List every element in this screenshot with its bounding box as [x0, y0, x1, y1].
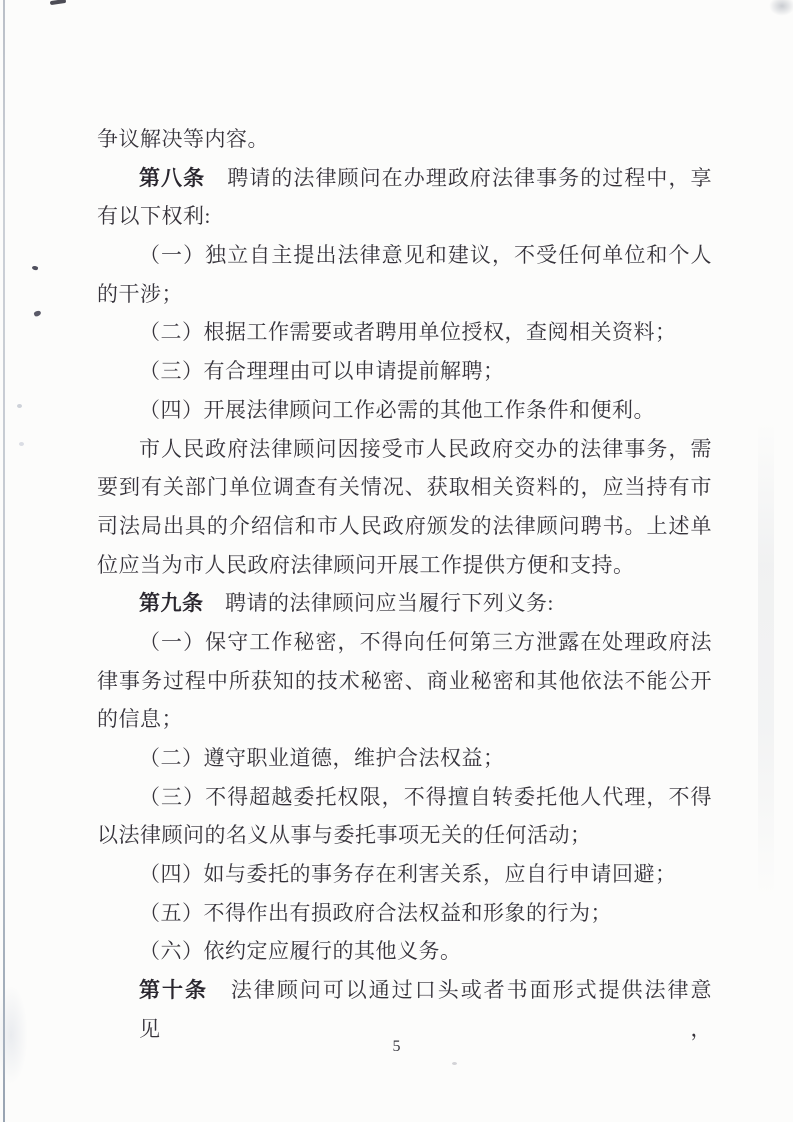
scan-edge-line: [3, 0, 5, 1122]
text-line: 争议解决等内容。: [97, 120, 712, 159]
scan-smudge-bottom-left: [0, 985, 28, 1085]
scan-speck: [19, 442, 24, 446]
text-segment: 律事务过程中所获知的技术秘密、商业秘密和其他依法不能公开: [97, 669, 712, 693]
document-body: 争议解决等内容。第八条 聘请的法律顾问在办理政府法律事务的过程中，享有以下权利:…: [97, 120, 712, 1010]
text-line: （五）不得作出有损政府合法权益和形象的行为；: [97, 894, 712, 933]
text-segment: （五）不得作出有损政府合法权益和形象的行为；: [139, 901, 612, 925]
text-line: 司法局出具的介绍信和市人民政府颁发的法律顾问聘书。上述单: [97, 507, 712, 546]
scan-speck: [17, 404, 22, 408]
text-line: （二）遵守职业道德，维护合法权益；: [97, 739, 712, 778]
text-segment: 的干涉；: [97, 282, 183, 306]
scan-speck: [452, 1062, 457, 1065]
text-segment: 争议解决等内容。: [97, 127, 269, 151]
text-segment: 有以下权利:: [97, 204, 211, 228]
text-segment: （一）独立自主提出法律意见和建议，不受任何单位和个人: [139, 243, 712, 267]
scanned-document-page: 争议解决等内容。第八条 聘请的法律顾问在办理政府法律事务的过程中，享有以下权利:…: [0, 0, 793, 1122]
text-segment: 要到有关部门单位调查有关情况、获取相关资料的，应当持有市: [97, 475, 712, 499]
text-segment: 位应当为市人民政府法律顾问开展工作提供方便和支持。: [97, 553, 635, 577]
text-segment: 法律顾问可以通过口头或者书面形式提供法律意见，: [139, 978, 712, 1041]
scan-speck: [33, 310, 41, 317]
text-segment: （二）根据工作需要或者聘用单位授权，查阅相关资料；: [139, 320, 677, 344]
page-number: 5: [0, 1036, 793, 1058]
text-line: 要到有关部门单位调查有关情况、获取相关资料的，应当持有市: [97, 468, 712, 507]
text-segment: （三）有合理理由可以申请提前解聘；: [139, 359, 505, 383]
text-line: （六）依约定应履行的其他义务。: [97, 932, 712, 971]
text-line: 以法律顾问的名义从事与委托事项无关的任何活动；: [97, 816, 712, 855]
text-segment: 聘请的法律顾问在办理政府法律事务的过程中，享: [205, 166, 712, 190]
text-line: （四）如与委托的事务存在利害关系，应自行申请回避；: [97, 855, 712, 894]
text-line: 的干涉；: [97, 275, 712, 314]
article-number: 第十条: [139, 978, 208, 1002]
text-segment: 司法局出具的介绍信和市人民政府颁发的法律顾问聘书。上述单: [97, 514, 712, 538]
text-segment: 的信息；: [97, 707, 183, 731]
text-line: 市人民政府法律顾问因接受市人民政府交办的法律事务，需: [97, 430, 712, 469]
text-line: （四）开展法律顾问工作必需的其他工作条件和便利。: [97, 391, 712, 430]
scan-streak-right: [758, 420, 774, 900]
text-line: （三）有合理理由可以申请提前解聘；: [97, 352, 712, 391]
scan-smudge-top-right: [769, 0, 793, 16]
text-segment: （六）依约定应履行的其他义务。: [139, 939, 462, 963]
scan-speck: [32, 265, 39, 271]
text-segment: （二）遵守职业道德，维护合法权益；: [139, 746, 505, 770]
text-line: 有以下权利:: [97, 197, 712, 236]
article-number: 第八条: [139, 166, 205, 190]
text-segment: 市人民政府法律顾问因接受市人民政府交办的法律事务，需: [139, 437, 712, 461]
text-line: （二）根据工作需要或者聘用单位授权，查阅相关资料；: [97, 313, 712, 352]
text-line: 律事务过程中所获知的技术秘密、商业秘密和其他依法不能公开: [97, 662, 712, 701]
text-segment: （三）不得超越委托权限，不得擅自转委托他人代理，不得: [139, 785, 712, 809]
text-line: 位应当为市人民政府法律顾问开展工作提供方便和支持。: [97, 546, 712, 585]
text-segment: 以法律顾问的名义从事与委托事项无关的任何活动；: [97, 823, 592, 847]
text-segment: （四）开展法律顾问工作必需的其他工作条件和便利。: [139, 398, 655, 422]
text-line: 第八条 聘请的法律顾问在办理政府法律事务的过程中，享: [97, 159, 712, 198]
text-segment: （一）保守工作秘密，不得向任何第三方泄露在处理政府法: [139, 630, 712, 654]
text-segment: （四）如与委托的事务存在利害关系，应自行申请回避；: [139, 862, 677, 886]
text-line: 第九条 聘请的法律顾问应当履行下列义务:: [97, 584, 712, 623]
text-line: 第十条 法律顾问可以通过口头或者书面形式提供法律意见，: [97, 971, 712, 1010]
text-line: （一）独立自主提出法律意见和建议，不受任何单位和个人: [97, 236, 712, 275]
text-line: 的信息；: [97, 700, 712, 739]
text-line: （三）不得超越委托权限，不得擅自转委托他人代理，不得: [97, 778, 712, 817]
scan-mark-top-left: [50, 0, 66, 5]
text-line: （一）保守工作秘密，不得向任何第三方泄露在处理政府法: [97, 623, 712, 662]
article-number: 第九条: [139, 591, 204, 615]
text-segment: 聘请的法律顾问应当履行下列义务:: [204, 591, 554, 615]
